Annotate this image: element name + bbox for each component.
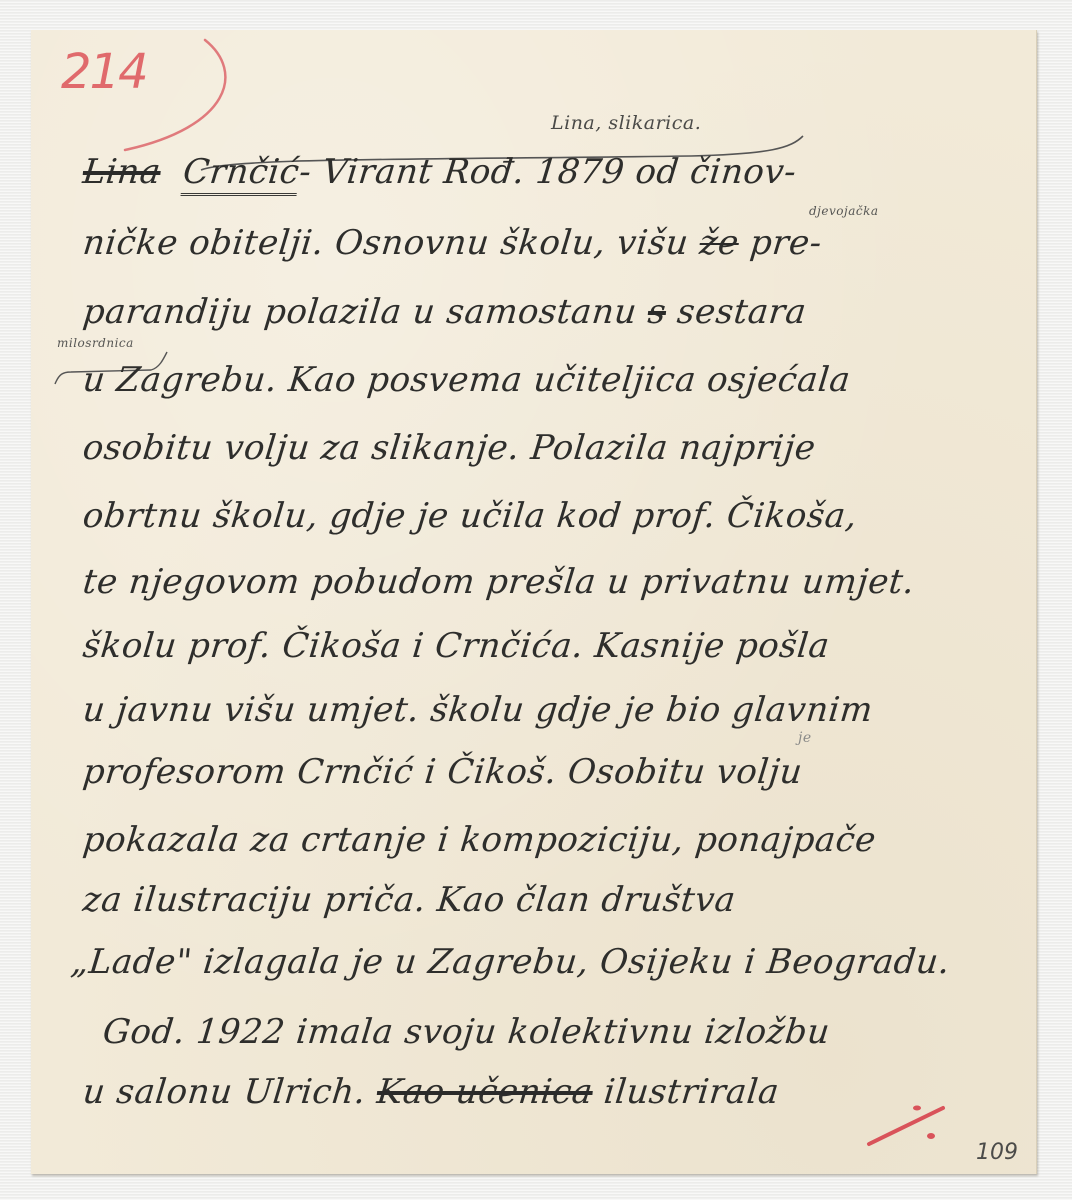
line-text: pre- — [737, 223, 824, 263]
line-text: - Virant — [297, 152, 434, 192]
red-division-mark — [861, 1096, 961, 1156]
insertion-note-je: je — [798, 730, 812, 746]
text-line-2: ničke obitelji. Osnovnu školu, višu že p… — [81, 223, 824, 263]
text-line-8: školu prof. Čikoša i Crnčića. Kasnije po… — [81, 626, 832, 666]
text-line-7: te njegovom pobudom prešla u privatnu um… — [81, 562, 917, 602]
index-card: 214 Lina, slikarica. Lina Crnčić- Virant… — [31, 30, 1037, 1174]
text-line-9: u javnu višu umjet. školu gdje je bio gl… — [81, 690, 875, 730]
catalog-number: 214 — [61, 44, 147, 100]
line-text: u salonu Ulrich. — [81, 1072, 379, 1112]
text-line-13: „Lade" izlagala je u Zagrebu, Osijeku i … — [69, 942, 952, 982]
text-line-15: u salonu Ulrich. Kao učenica ilustrirala — [81, 1072, 781, 1112]
struck-word: že — [698, 223, 741, 263]
line-text: ničke obitelji. Osnovnu školu, višu — [81, 223, 702, 263]
text-line-12: za ilustraciju priča. Kao član društva — [81, 880, 738, 920]
text-line-10: profesorom Crnčić i Čikoš. Osobitu volju — [81, 752, 805, 792]
text-line-6: obrtnu školu, gdje je učila kod prof. Či… — [81, 496, 859, 536]
line-text: ilustrirala — [591, 1072, 782, 1112]
text-line-4: u Zagrebu. Kao posvema učiteljica osjeća… — [81, 360, 853, 400]
line-text: Rođ. 1879 od činov- — [430, 152, 798, 192]
text-line-3: parandiju polazila u samostanu s sestara — [81, 292, 809, 332]
insertion-note-djevojacka: djevojačka — [809, 204, 879, 218]
struck-word: Lina — [81, 152, 163, 192]
line-text: parandiju polazila u samostanu — [81, 292, 650, 332]
line-text: sestara — [664, 292, 809, 332]
text-line-5: osobitu volju za slikanje. Polazila najp… — [81, 428, 818, 468]
surname: Crnčić — [181, 152, 302, 196]
page-number: 109 — [976, 1140, 1018, 1165]
text-line-11: pokazala za crtanje i kompoziciju, ponaj… — [81, 820, 878, 860]
text-line-1: Lina Crnčić- Virant Rođ. 1879 od činov- — [81, 152, 798, 192]
struck-phrase: Kao učenica — [375, 1072, 595, 1112]
text-line-14: God. 1922 imala svoju kolektivnu izložbu — [101, 1012, 832, 1052]
